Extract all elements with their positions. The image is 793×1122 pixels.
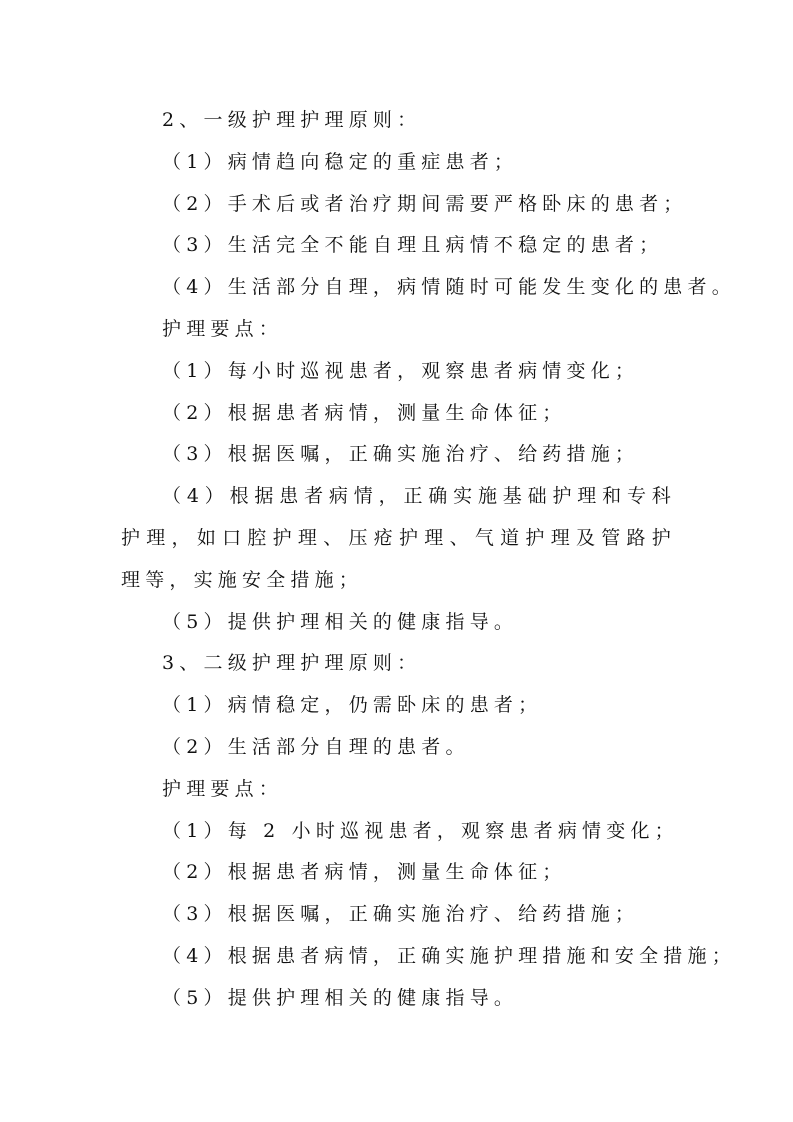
point-item: （2）根据患者病情，测量生命体征； bbox=[121, 393, 676, 435]
section-heading: 3、二级护理护理原则： bbox=[121, 643, 676, 685]
principle-item: （3）生活完全不能自理且病情不稳定的患者； bbox=[121, 225, 676, 267]
point-item: （5）提供护理相关的健康指导。 bbox=[121, 978, 676, 1020]
principle-item: （2）生活部分自理的患者。 bbox=[121, 727, 676, 769]
principle-item: （2）手术后或者治疗期间需要严格卧床的患者； bbox=[121, 184, 676, 226]
section-heading: 2、一级护理护理原则： bbox=[121, 100, 676, 142]
point-item: （1）每小时巡视患者，观察患者病情变化； bbox=[121, 351, 676, 393]
point-item: （3）根据医嘱，正确实施治疗、给药措施； bbox=[121, 894, 676, 936]
principle-item: （1）病情稳定，仍需卧床的患者； bbox=[121, 685, 676, 727]
point-item: （1）每 2 小时巡视患者，观察患者病情变化； bbox=[121, 811, 676, 853]
points-label: 护理要点： bbox=[121, 309, 676, 351]
points-label: 护理要点： bbox=[121, 769, 676, 811]
point-item: （5）提供护理相关的健康指导。 bbox=[121, 602, 676, 644]
point-item: （3）根据医嘱，正确实施治疗、给药措施； bbox=[121, 434, 676, 476]
point-item: （4）根据患者病情，正确实施基础护理和专科护理，如口腔护理、压疮护理、气道护理及… bbox=[121, 476, 676, 601]
point-item: （2）根据患者病情，测量生命体征； bbox=[121, 852, 676, 894]
principle-item: （1）病情趋向稳定的重症患者； bbox=[121, 142, 676, 184]
document-page: 2、一级护理护理原则： （1）病情趋向稳定的重症患者； （2）手术后或者治疗期间… bbox=[121, 100, 676, 1020]
principle-item: （4）生活部分自理，病情随时可能发生变化的患者。 bbox=[121, 267, 676, 309]
point-item: （4）根据患者病情，正确实施护理措施和安全措施； bbox=[121, 936, 676, 978]
